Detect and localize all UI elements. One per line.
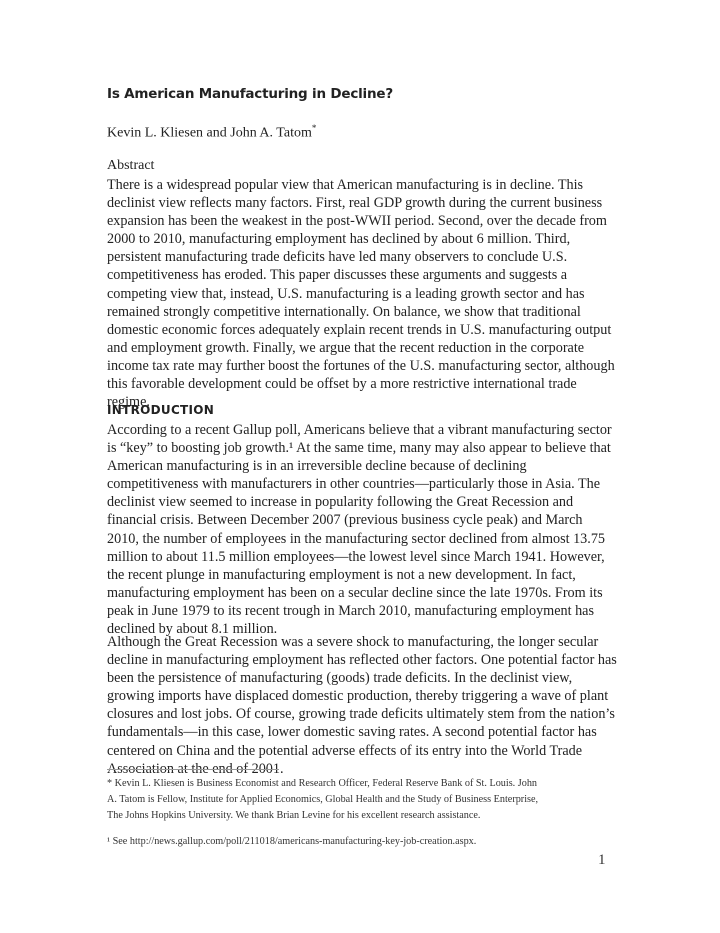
text-line: and employment growth. Finally, we argue…	[107, 339, 617, 357]
text-line: million to about 11.5 million employees—…	[107, 548, 617, 566]
abstract-label: Abstract	[107, 158, 154, 174]
text-line: manufacturing employment has been on a s…	[107, 584, 617, 602]
intro-paragraph-2: Although the Great Recession was a sever…	[107, 633, 617, 778]
text-line: competing view that, instead, U.S. manuf…	[107, 285, 617, 303]
text-line: this favorable development could be offs…	[107, 375, 617, 393]
text-line: income tax rate may further boost the fo…	[107, 357, 617, 375]
footnote-author-line: A. Tatom is Fellow, Institute for Applie…	[107, 792, 617, 808]
text-line: financial crisis. Between December 2007 …	[107, 511, 617, 529]
footnote-author-line: * Kevin L. Kliesen is Business Economist…	[107, 776, 617, 792]
text-line: fundamentals—in this case, lower domesti…	[107, 723, 617, 741]
abstract-body: There is a widespread popular view that …	[107, 176, 617, 411]
text-line: the recent plunge in manufacturing emplo…	[107, 566, 617, 584]
footnote-spacer	[107, 824, 617, 834]
footnotes: * Kevin L. Kliesen is Business Economist…	[107, 776, 617, 850]
text-line: decline in manufacturing employment has …	[107, 651, 617, 669]
text-line: declinist view reflects many factors. Fi…	[107, 194, 617, 212]
text-line: persistent manufacturing trade deficits …	[107, 248, 617, 266]
text-line: According to a recent Gallup poll, Ameri…	[107, 421, 617, 439]
text-line: competitiveness with manufacturers in ot…	[107, 475, 617, 493]
text-line: growing imports have displaced domestic …	[107, 687, 617, 705]
text-line: peak in June 1979 to its recent trough i…	[107, 602, 617, 620]
page-number: 1	[598, 852, 606, 869]
text-line: declinist view seemed to increase in pop…	[107, 493, 617, 511]
text-line: centered on China and the potential adve…	[107, 742, 617, 760]
footnote-1: ¹ See http://news.gallup.com/poll/211018…	[107, 834, 617, 850]
text-line: been the persistence of manufacturing (g…	[107, 669, 617, 687]
author-line: Kevin L. Kliesen and John A. Tatom*	[107, 123, 316, 142]
authors-text: Kevin L. Kliesen and John A. Tatom	[107, 126, 312, 141]
text-line: is “key” to boosting job growth.¹ At the…	[107, 439, 617, 457]
text-line: domestic economic forces adequately expl…	[107, 321, 617, 339]
text-line: There is a widespread popular view that …	[107, 176, 617, 194]
text-line: 2010, the number of employees in the man…	[107, 530, 617, 548]
footnote-separator	[107, 769, 279, 770]
section-heading-introduction: INTRODUCTION	[107, 403, 214, 417]
text-line: competitiveness has eroded. This paper d…	[107, 266, 617, 284]
text-line: expansion has been the weakest in the po…	[107, 212, 617, 230]
author-footnote-marker: *	[312, 123, 317, 133]
intro-paragraph-1: According to a recent Gallup poll, Ameri…	[107, 421, 617, 638]
text-line: closures and lost jobs. Of course, growi…	[107, 705, 617, 723]
text-line: American manufacturing is in an irrevers…	[107, 457, 617, 475]
text-line: Although the Great Recession was a sever…	[107, 633, 617, 651]
paper-title: Is American Manufacturing in Decline?	[107, 86, 393, 102]
text-line: 2000 to 2010, manufacturing employment h…	[107, 230, 617, 248]
footnote-author-line: The Johns Hopkins University. We thank B…	[107, 808, 617, 824]
text-line: remained strongly competitive internatio…	[107, 303, 617, 321]
